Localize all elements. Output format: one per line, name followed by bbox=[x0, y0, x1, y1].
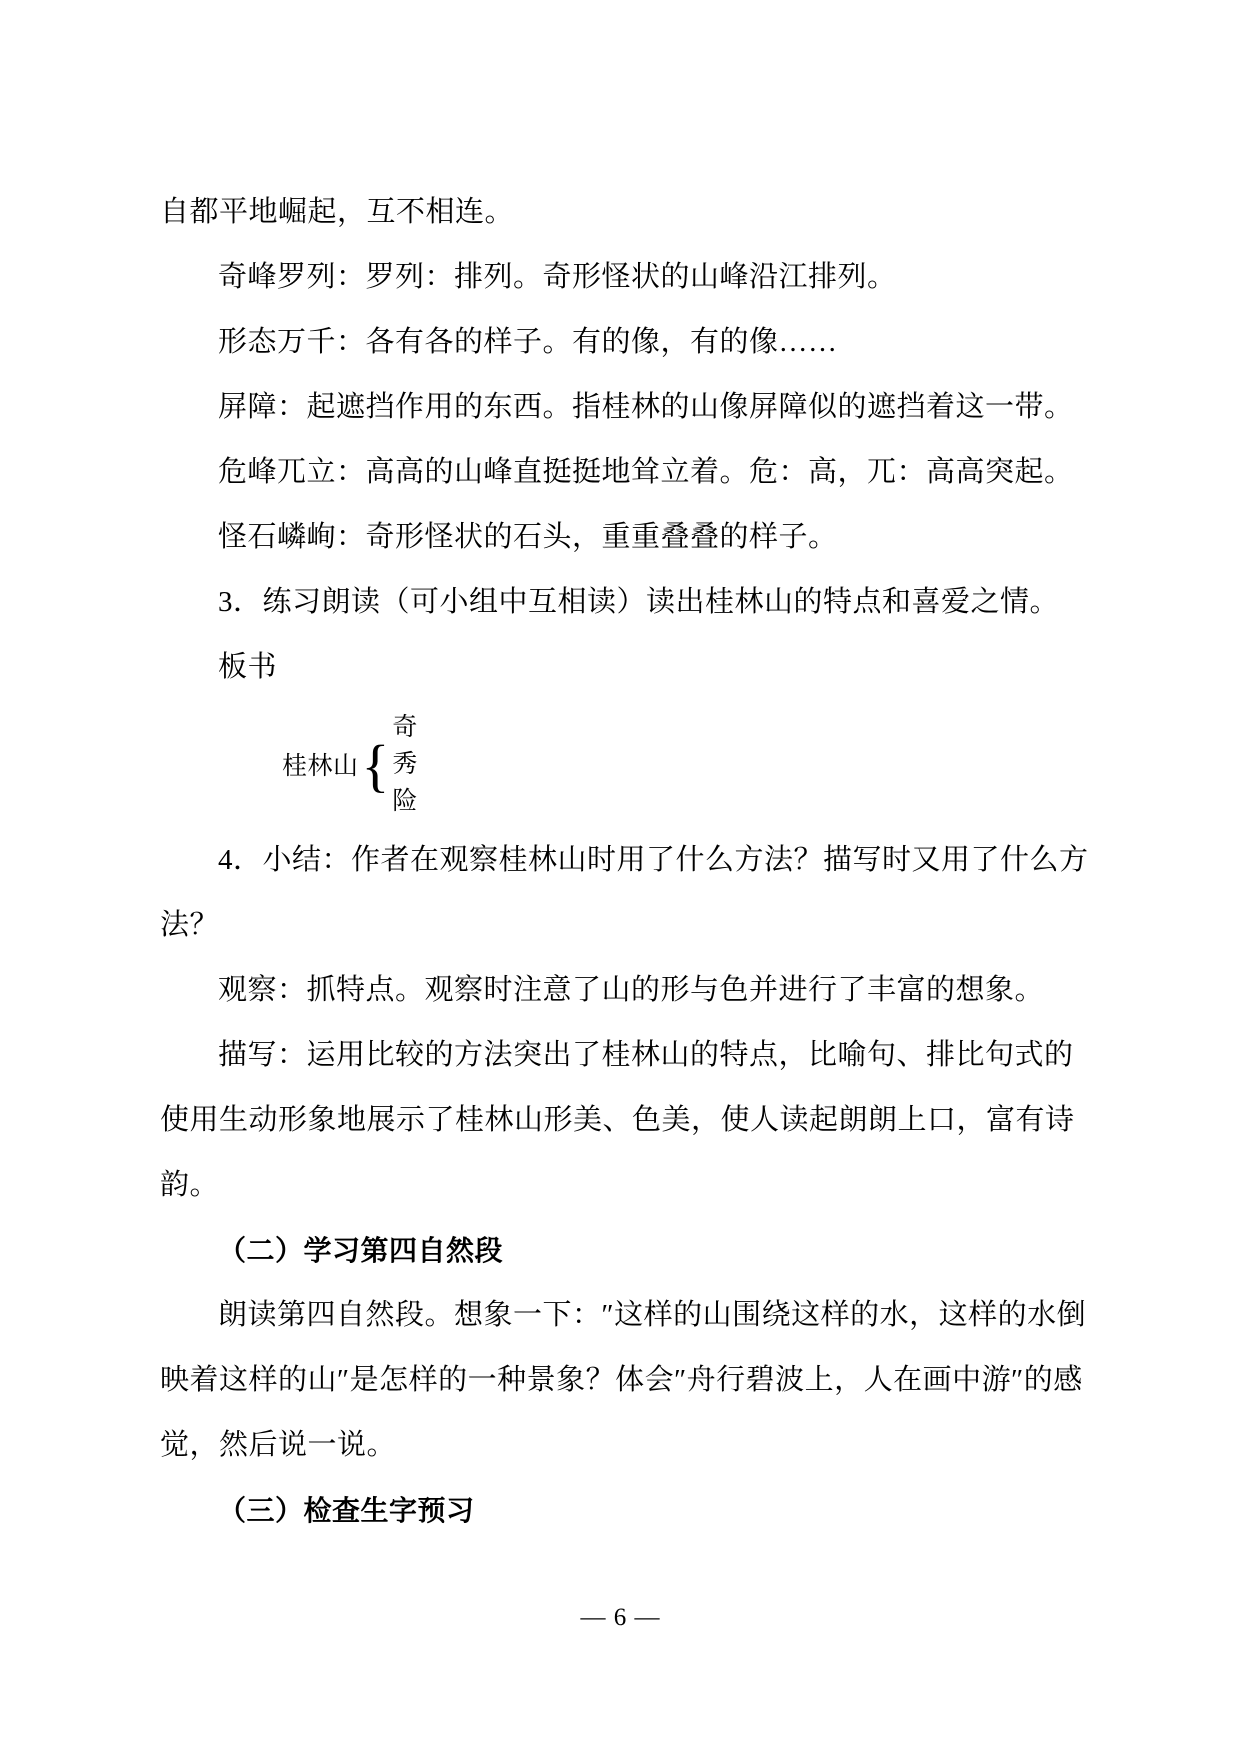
diagram-item: 险 bbox=[392, 783, 417, 820]
document-body: 自都平地崛起，互不相连。 奇峰罗列：罗列：排列。奇形怪状的山峰沿江排列。 形态万… bbox=[160, 180, 1120, 1543]
page-number: — 6 — bbox=[0, 1598, 1241, 1638]
text-line: 描写：运用比较的方法突出了桂林山的特点，比喻句、排比句式的 bbox=[160, 1023, 1120, 1088]
board-diagram: 桂林山 { 奇 秀 险 bbox=[160, 700, 1120, 828]
diagram-item: 秀 bbox=[392, 746, 417, 783]
text-line: 朗读第四自然段。想象一下：″这样的山围绕这样的水，这样的水倒 bbox=[160, 1283, 1120, 1348]
document-page: 自都平地崛起，互不相连。 奇峰罗列：罗列：排列。奇形怪状的山峰沿江排列。 形态万… bbox=[0, 0, 1241, 1754]
text-line: 奇峰罗列：罗列：排列。奇形怪状的山峰沿江排列。 bbox=[160, 245, 1120, 310]
diagram-item-list: 奇 秀 险 bbox=[392, 709, 417, 820]
section-heading: （三）检查生字预习 bbox=[160, 1478, 1120, 1543]
text-line: 屏障：起遮挡作用的东西。指桂林的山像屏障似的遮挡着这一带。 bbox=[160, 375, 1120, 440]
text-line: 法？ bbox=[160, 893, 1120, 958]
text-line: 危峰兀立：高高的山峰直挺挺地耸立着。危：高，兀：高高突起。 bbox=[160, 440, 1120, 505]
text-line: 板书 bbox=[160, 635, 1120, 700]
diagram-item: 奇 bbox=[392, 709, 417, 746]
section-heading: （二）学习第四自然段 bbox=[160, 1218, 1120, 1283]
diagram-label: 桂林山 bbox=[282, 746, 359, 782]
text-line: 韵。 bbox=[160, 1153, 1120, 1218]
text-line: 怪石嶙峋：奇形怪状的石头，重重叠叠的样子。 bbox=[160, 505, 1120, 570]
text-line: 观察：抓特点。观察时注意了山的形与色并进行了丰富的想象。 bbox=[160, 958, 1120, 1023]
text-line: 映着这样的山″是怎样的一种景象？体会″舟行碧波上，人在画中游″的感 bbox=[160, 1348, 1120, 1413]
text-line: 觉，然后说一说。 bbox=[160, 1413, 1120, 1478]
text-line: 3．练习朗读（可小组中互相读）读出桂林山的特点和喜爱之情。 bbox=[160, 570, 1120, 635]
text-line: 使用生动形象地展示了桂林山形美、色美，使人读起朗朗上口，富有诗 bbox=[160, 1088, 1120, 1153]
text-line: 4．小结：作者在观察桂林山时用了什么方法？描写时又用了什么方 bbox=[160, 828, 1120, 893]
text-line: 自都平地崛起，互不相连。 bbox=[160, 180, 1120, 245]
left-brace: { bbox=[362, 737, 390, 795]
text-line: 形态万千：各有各的样子。有的像，有的像…… bbox=[160, 310, 1120, 375]
